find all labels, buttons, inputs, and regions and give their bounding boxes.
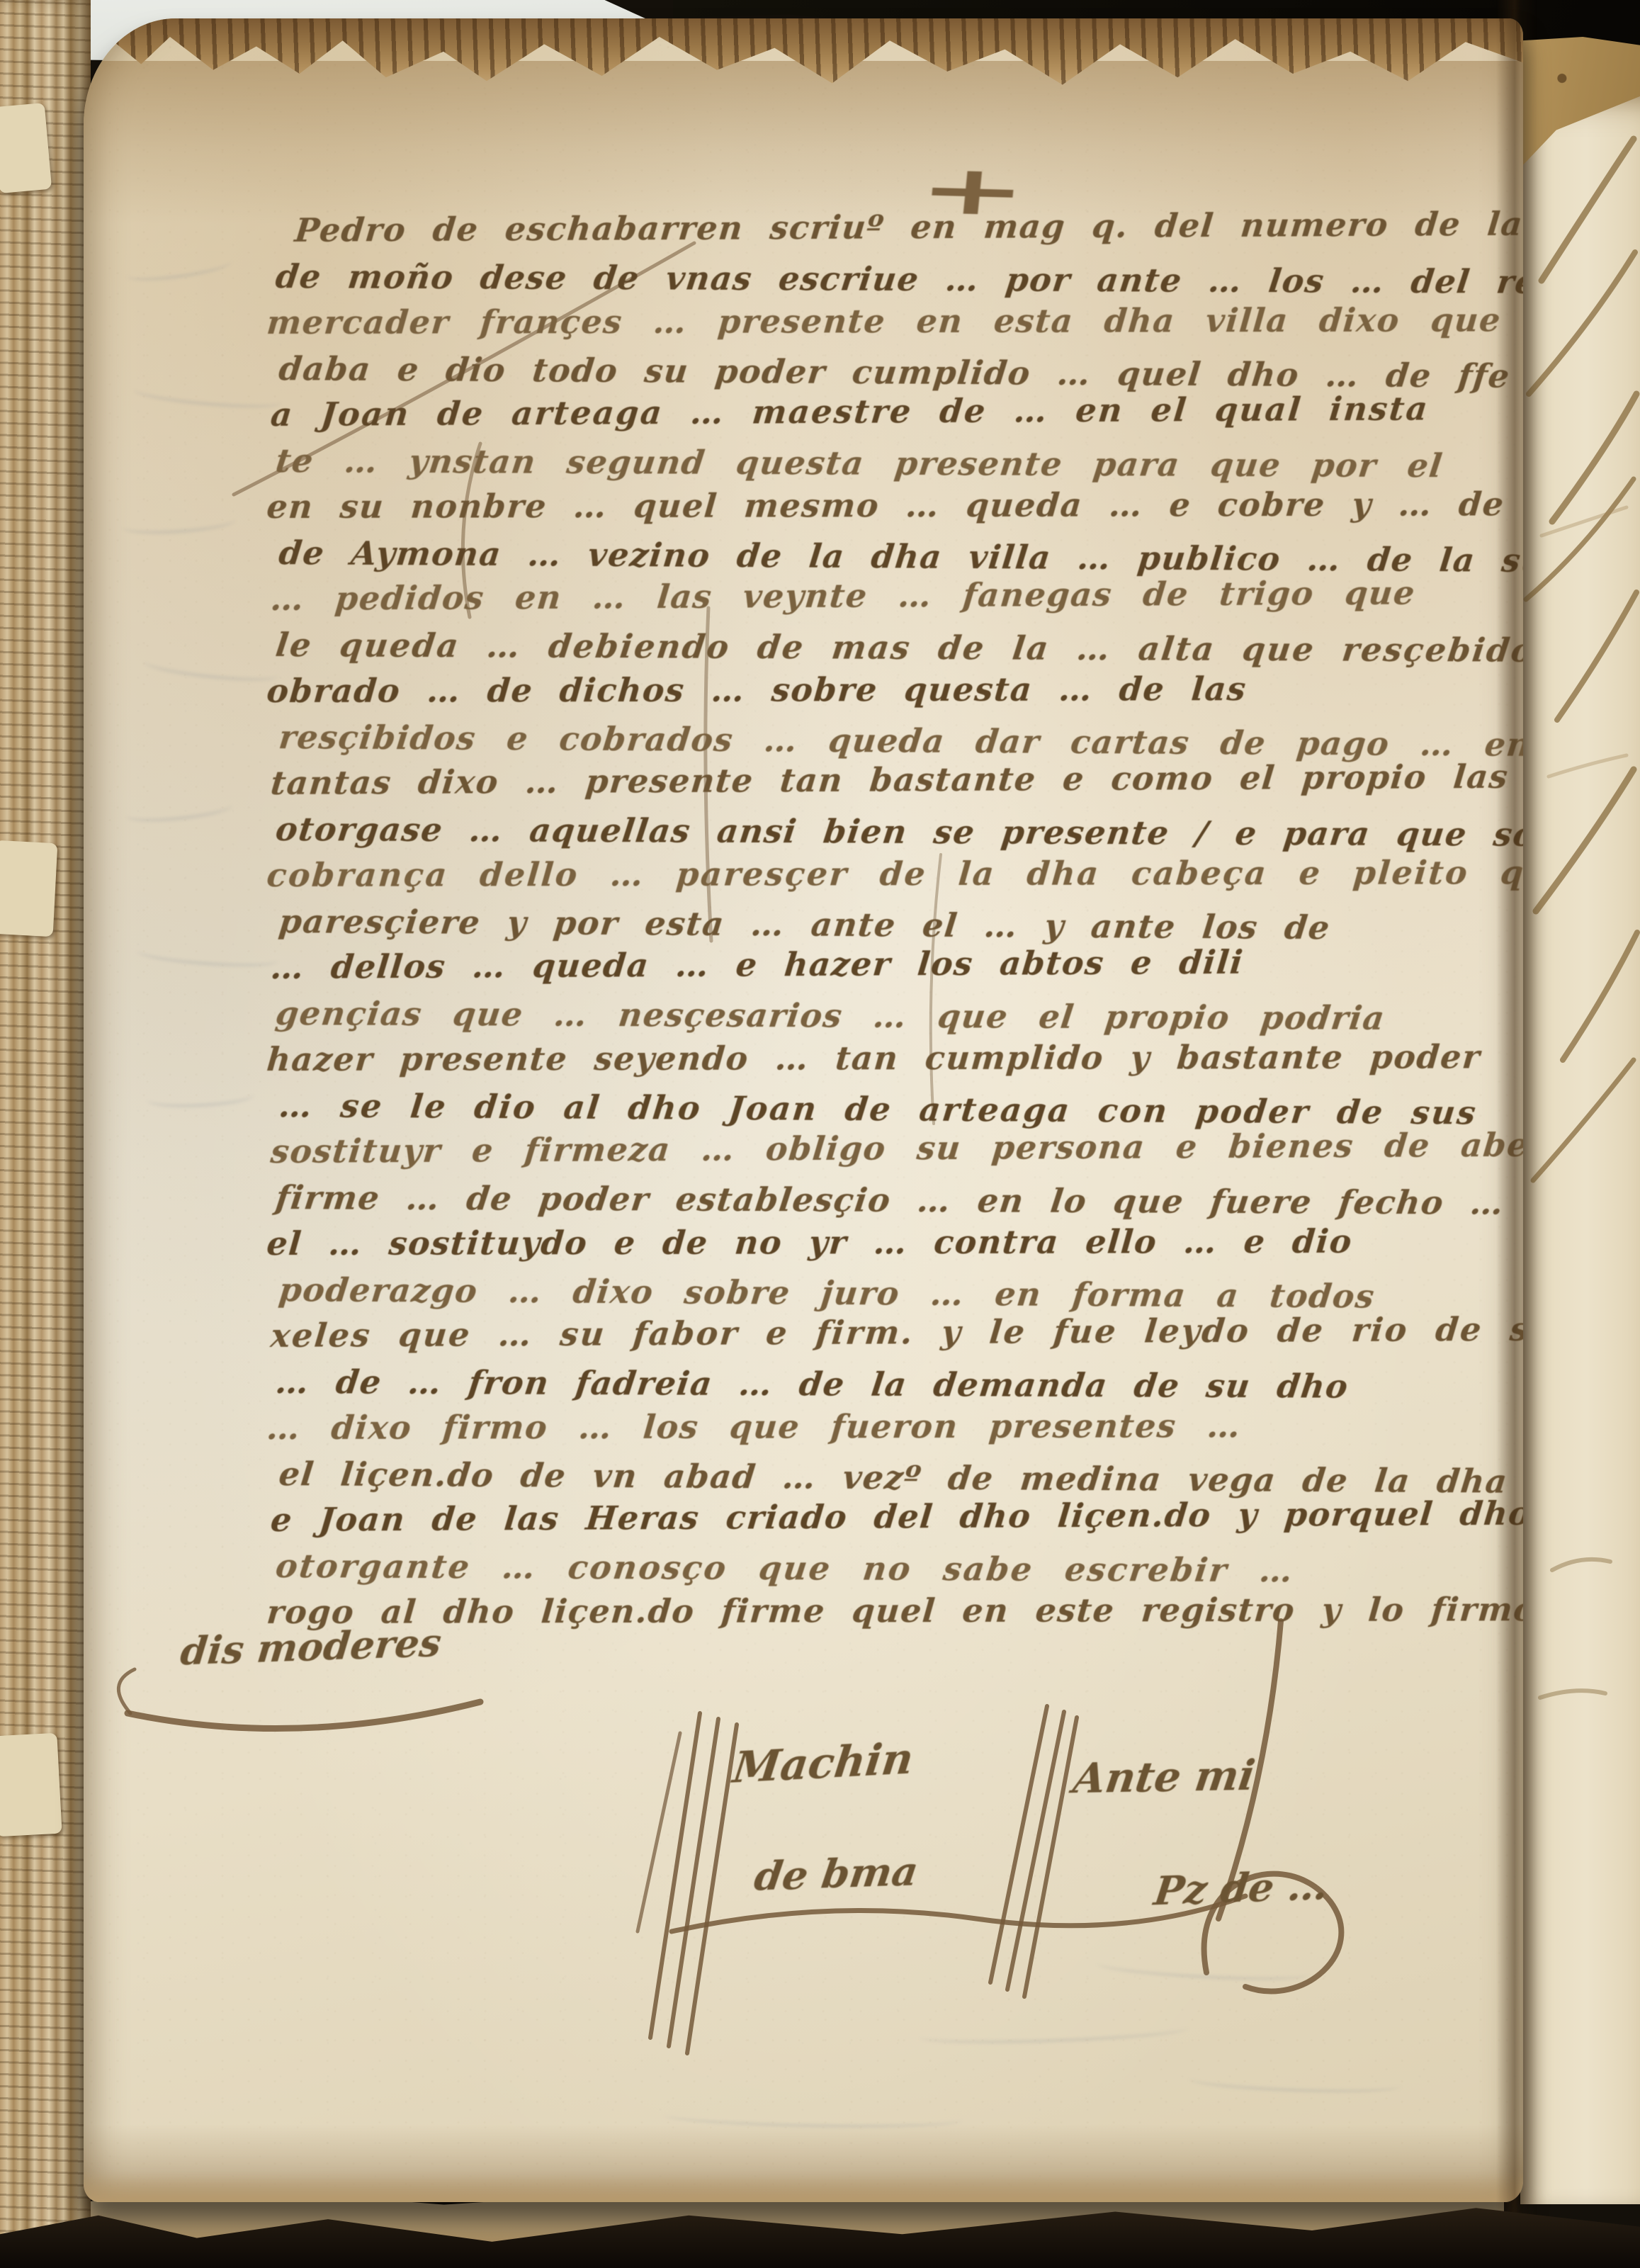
adjacent-folio-flourish-strokes (1520, 96, 1640, 2204)
signature-left-line1: Machin (730, 1734, 917, 1793)
manuscript-photo: + (0, 0, 1640, 2268)
manuscript-line-text: firme … de poder establesçio … en lo que… (273, 1178, 1507, 1222)
manuscript-line-text: xeles que … su fabor e firm. y le fue le… (269, 1309, 1523, 1355)
manuscript-line-text: te … ynstan segund questa presente para … (273, 441, 1445, 485)
manuscript-line-text: sostituyr e firmeza … obligo su persona … (269, 1125, 1523, 1170)
manuscript-line: … pedidos en … las veynte … fanegas de t… (268, 573, 1506, 626)
manuscript-line-text: Pedro de eschabarren scriuº en mag q. de… (293, 204, 1523, 249)
manuscript-line: tantas dixo … presente tan bastante e co… (268, 757, 1506, 810)
manuscript-line-text: otorgase … aquellas ansi bien se present… (273, 810, 1523, 854)
manuscript-line: hazer presente seyendo … tan cumplido y … (264, 1037, 1501, 1086)
manuscript-line: obrado … de dichos … sobre questa … de l… (264, 669, 1501, 718)
protruding-page-tab (0, 103, 52, 193)
manuscript-line-text: le queda … debiendo de mas de la … alta … (273, 626, 1523, 670)
protruding-page-tab (0, 1733, 62, 1837)
signature-right-heading: Ante mi (1070, 1751, 1258, 1802)
manuscript-line-text: cobrança dello … paresçer de la dha cabe… (265, 853, 1523, 894)
binding-page-edges (0, 0, 91, 2268)
manuscript-line: rogo al dho liçen.do firme quel en este … (264, 1590, 1501, 1639)
manuscript-line: … dixo firmo … los que fueron presentes … (264, 1406, 1501, 1455)
manuscript-line-text: … dixo firmo … los que fueron presentes … (265, 1406, 1243, 1447)
signature-left-line2: de bma (752, 1848, 922, 1900)
manuscript-line: Pedro de eschabarren scriuº en mag q. de… (268, 205, 1506, 257)
manuscript-line-text: otorgante … conosço que no sabe escrebir… (273, 1547, 1296, 1589)
manuscript-line-text: en su nonbre … quel mesmo … queda … e co… (265, 485, 1506, 526)
manuscript-line-text: … se le dio al dho Joan de arteaga con p… (277, 1086, 1479, 1132)
manuscript-line: … dellos … queda … e hazer los abtos e d… (268, 942, 1506, 994)
manuscript-line-text: a Joan de arteaga … maestre de … en el q… (269, 389, 1431, 434)
manuscript-line-text: tantas dixo … presente tan bastante e co… (269, 757, 1510, 802)
manuscript-line-text: rogo al dho liçen.do firme quel en este … (265, 1590, 1523, 1631)
manuscript-line-text: … pedidos en … las veynte … fanegas de t… (269, 574, 1418, 618)
manuscript-line-text: … de … fron fadreia … de la demanda de s… (273, 1363, 1351, 1406)
manuscript-line-text: de moño dese de vnas escriue … por ante … (273, 257, 1523, 301)
adjacent-folio-edge (1520, 96, 1640, 2204)
manuscript-line-text: resçibidos e cobrados … queda dar cartas… (277, 718, 1523, 765)
manuscript-line-text: obrado … de dichos … sobre questa … de l… (265, 670, 1248, 710)
manuscript-line-text: … dellos … queda … e hazer los abtos e d… (269, 943, 1245, 986)
manuscript-line: e Joan de las Heras criado del dho liçen… (268, 1494, 1506, 1547)
manuscript-line-text: mercader françes … presente en esta dha … (265, 300, 1503, 342)
signature-right-name: Pz de … (1151, 1862, 1330, 1914)
manuscript-line: a Joan de arteaga … maestre de … en el q… (268, 389, 1506, 441)
manuscript-line: mercader françes … presente en esta dha … (264, 300, 1501, 349)
manuscript-line-text: e Joan de las Heras criado del dho liçen… (269, 1494, 1523, 1539)
protruding-page-tab (0, 840, 57, 937)
manuscript-line: xeles que … su fabor e firm. y le fue le… (268, 1310, 1506, 1363)
marginal-rubric: dis moderes (179, 1620, 443, 1674)
manuscript-line-text: el liçen.do de vn abad … vezº de medina … (277, 1455, 1523, 1501)
manuscript-line: en su nonbre … quel mesmo … queda … e co… (264, 485, 1501, 534)
text-block: Pedro de eschabarren scriuº en mag q. de… (273, 211, 1505, 1649)
manuscript-line: cobrança dello … paresçer de la dha cabe… (264, 853, 1501, 902)
manuscript-line: sostituyr e firmeza … obligo su persona … (268, 1126, 1506, 1178)
manuscript-line-text: gençias que … nesçesarios … que el propi… (273, 994, 1387, 1037)
manuscript-line-text: daba e dio todo su poder cumplido … quel… (277, 349, 1523, 395)
manuscript-page: + (84, 18, 1523, 2202)
manuscript-line-text: paresçiere y por esta … ante el … y ante… (277, 902, 1333, 947)
manuscript-line-text: hazer presente seyendo … tan cumplido y … (265, 1037, 1482, 1078)
manuscript-line-text: de Aymona … vezino de la dha villa … pub… (277, 534, 1523, 580)
manuscript-line: el … sostituydo e de no yr … contra ello… (264, 1222, 1501, 1270)
manuscript-line-text: poderazgo … dixo sobre juro … en forma a… (277, 1270, 1377, 1315)
manuscript-line-text: el … sostituydo e de no yr … contra ello… (265, 1222, 1354, 1263)
